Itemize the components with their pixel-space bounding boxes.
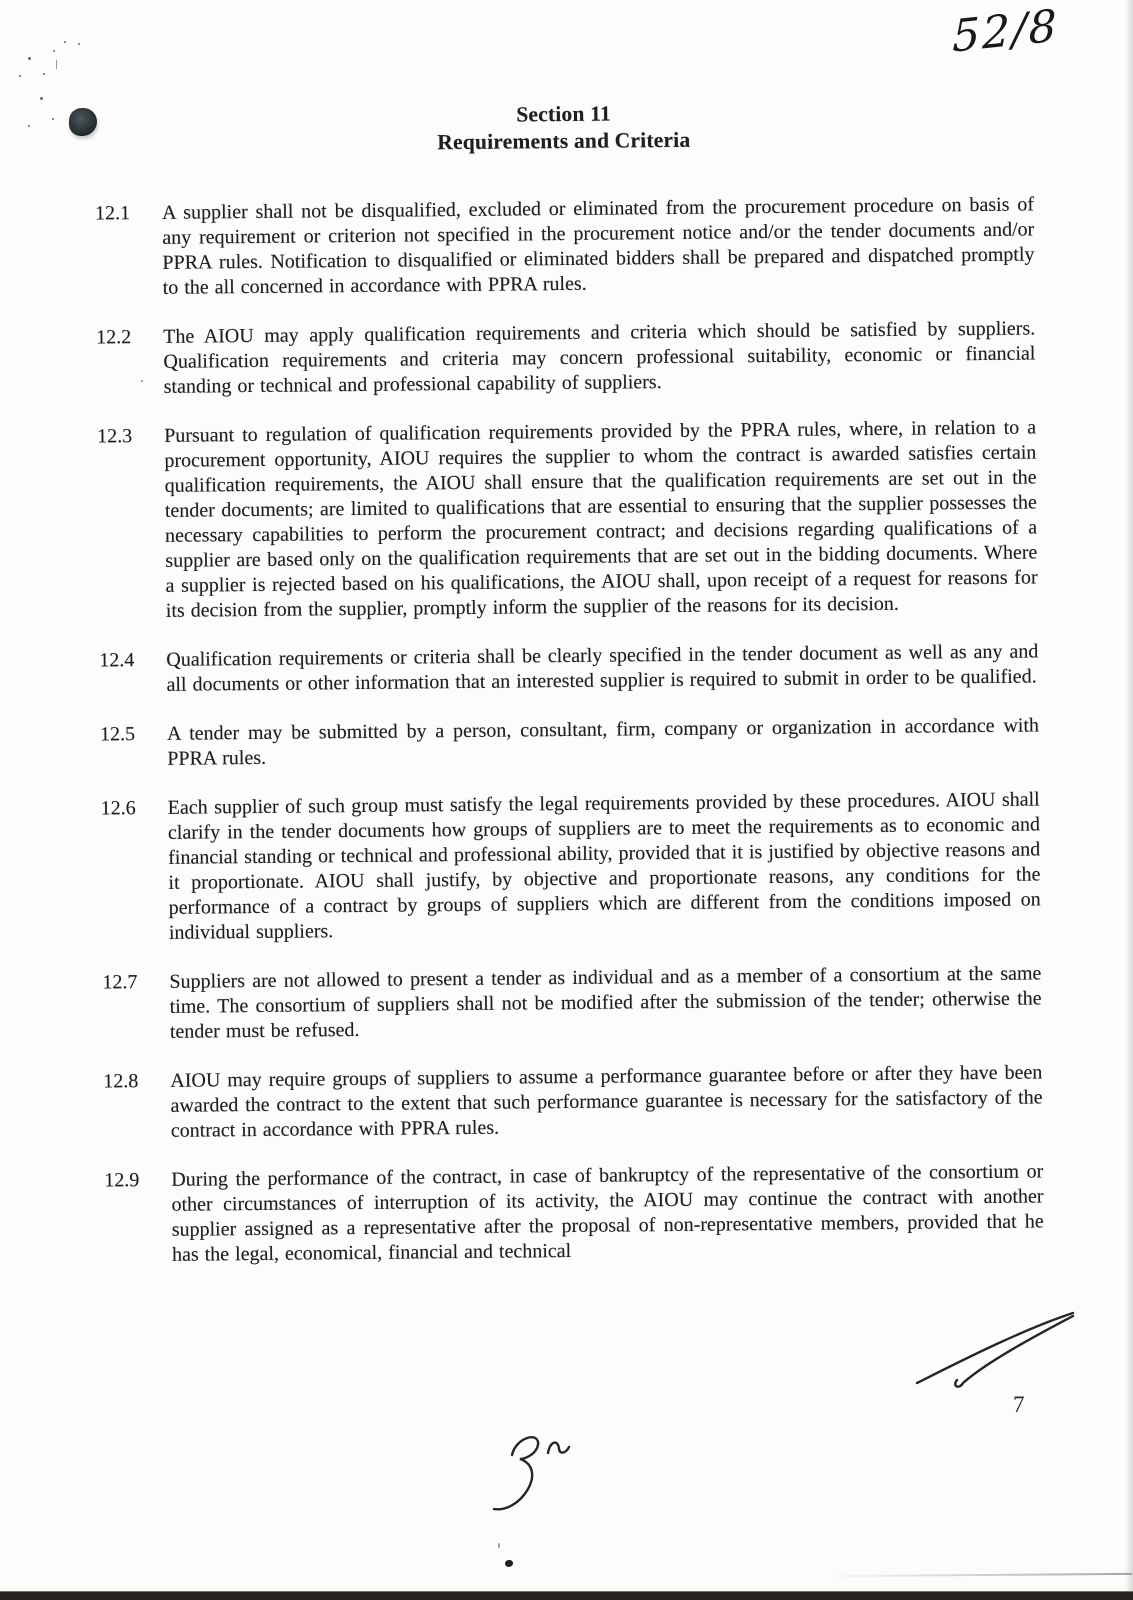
scan-speck — [498, 1543, 500, 1548]
clause-number: 12.2 — [96, 325, 164, 401]
clause-number: 12.7 — [102, 970, 170, 1046]
clause-text: During the performance of the contract, … — [171, 1159, 1044, 1267]
scan-speck — [505, 1560, 513, 1567]
clause-number: 12.6 — [101, 796, 169, 947]
clause-row: 12.3 Pursuant to regulation of qualifica… — [97, 415, 1038, 624]
document-body: Section 11 Requirements and Criteria 12.… — [93, 0, 1044, 1292]
clause-row: 12.1 A supplier shall not be disqualifie… — [95, 192, 1035, 301]
scan-speck — [28, 125, 30, 127]
clause-number: 12.3 — [97, 424, 166, 625]
scan-speck — [56, 60, 57, 69]
clause-text: A supplier shall not be disqualified, ex… — [162, 192, 1035, 300]
clause-row: 12.2 The AIOU may apply qualification re… — [96, 316, 1036, 400]
scan-artifact-line — [820, 1573, 1132, 1577]
clause-text: Qualification requirements or criteria s… — [166, 639, 1038, 697]
handwritten-scribble-icon — [470, 1425, 590, 1535]
clause-row: 12.9 During the performance of the contr… — [104, 1159, 1044, 1268]
clause-row: 12.7 Suppliers are not allowed to presen… — [102, 961, 1042, 1045]
clause-number: 12.8 — [103, 1069, 171, 1145]
clause-row: 12.4 Qualification requirements or crite… — [99, 639, 1038, 698]
scan-speck — [64, 41, 66, 43]
clause-text: The AIOU may apply qualification require… — [163, 316, 1036, 399]
scan-edge-shading — [1125, 0, 1133, 1600]
clause-number: 12.1 — [95, 201, 163, 302]
clause-number: 12.4 — [99, 648, 166, 699]
scan-speck — [52, 118, 54, 120]
clause-text: Pursuant to regulation of qualification … — [164, 415, 1038, 623]
section-heading: Section 11 Requirements and Criteria — [93, 0, 1033, 159]
page-number: 7 — [1013, 1392, 1025, 1418]
scanned-document-page: 52/8 Section 11 Requirements and Criteri… — [0, 0, 1133, 1600]
scan-speck — [53, 50, 55, 52]
clause-number: 12.5 — [100, 722, 167, 773]
clause-text: AIOU may require groups of suppliers to … — [170, 1060, 1043, 1143]
scan-edge-strip — [0, 1591, 1133, 1600]
scan-speck — [43, 73, 45, 75]
clause-row: 12.6 Each supplier of such group must sa… — [101, 787, 1041, 946]
scan-speck — [78, 43, 80, 45]
clause-row: 12.8 AIOU may require groups of supplier… — [103, 1060, 1043, 1144]
clause-text: Each supplier of such group must satisfy… — [168, 787, 1041, 945]
punch-hole-mark — [69, 108, 97, 136]
handwritten-tick-icon — [893, 1288, 1093, 1403]
scan-speck — [19, 75, 21, 77]
clause-text: Suppliers are not allowed to present a t… — [169, 961, 1042, 1044]
clause-text: A tender may be submitted by a person, c… — [167, 713, 1039, 771]
scan-speck — [28, 57, 31, 60]
clause-number: 12.9 — [104, 1168, 172, 1269]
scan-speck — [40, 97, 43, 100]
clause-row: 12.5 A tender may be submitted by a pers… — [100, 713, 1039, 772]
